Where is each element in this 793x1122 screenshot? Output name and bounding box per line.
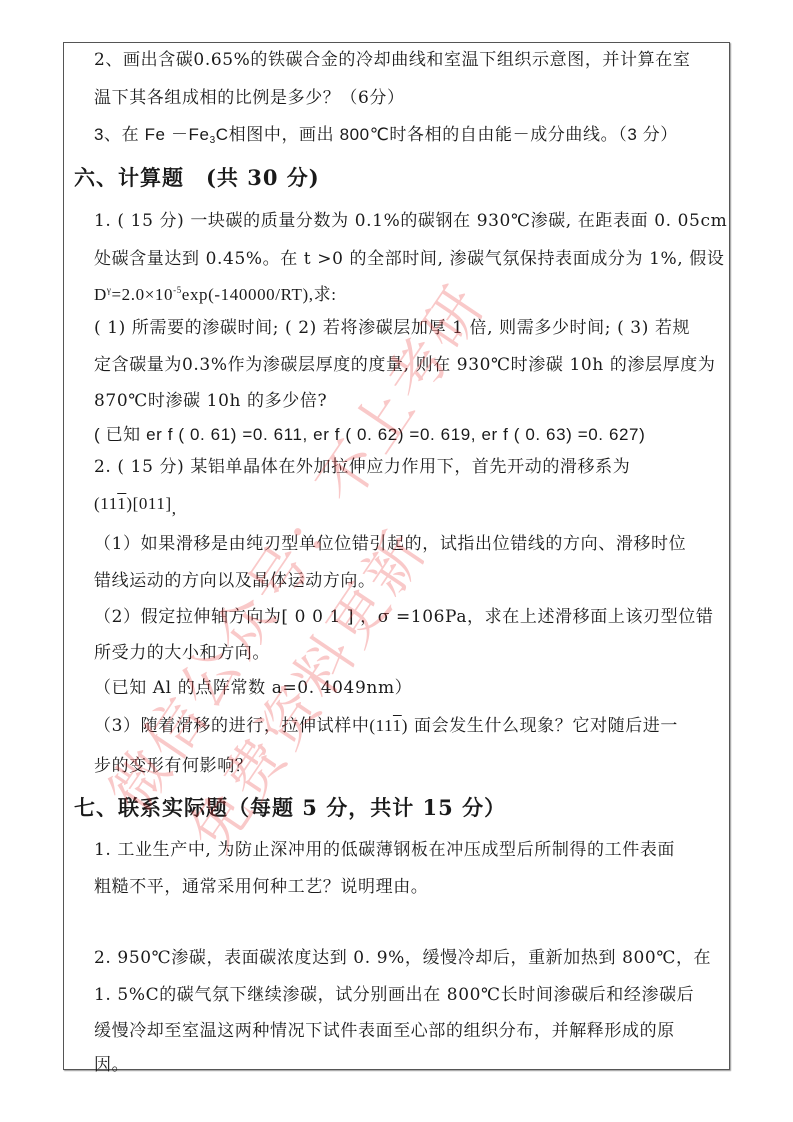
slip-plane-prefix: (11 [94,494,117,513]
s6-q2-slip-system: (111)[011], [94,493,177,515]
sub3-plane-bar: 1 [393,716,402,735]
s6-q2-given: （已知 Al 的点阵常数 a=0. 4049nm） [94,677,412,699]
diffusivity-coeff: =2.0×10 [111,285,173,304]
s6-q2-sub3-line2: 步的变形有何影响？ [94,755,252,777]
s6-q2-sub2-line2: 所受力的大小和方向。 [94,642,270,664]
s6-q1-line3: Dγ=2.0×10-5exp(-140000/RT),求: [94,284,337,306]
slip-comma: , [172,499,177,518]
s6-q1-line2: 处碳含量达到 0.45%。在 t >0 的全部时间, 渗碳气氛保持表面成分为 1… [94,248,725,270]
s7-q2-line4: 因。 [94,1054,129,1076]
s6-q1-line5: 定含碳量为0.3%作为渗碳层厚度的度量, 则在 930℃时渗碳 10h 的渗层厚… [94,354,715,376]
s6-q2-sub1-line1: （1）如果滑移是由纯刃型单位位错引起的，试指出位错线的方向、滑移时位 [94,533,686,555]
s5-q3: 3、在 Fe －Fe3C相图中，画出 800℃时各相的自由能－成分曲线。（3 分… [94,124,678,146]
diffusivity-exp: exp(-140000/RT),求: [182,285,337,304]
s6-q1-line6: 870℃时渗碳 10h 的多少倍? [94,390,327,412]
sub3-suffix: 面会发生什么现象？它对随后进一 [408,716,678,736]
s7-q2-line3: 缓慢冷却至室温这两种情况下试件表面至心部的组织分布，并解释形成的原 [94,1020,675,1042]
s7-q1-line1: 1. 工业生产中, 为防止深冲用的低碳薄钢板在冲压成型后所制得的工件表面 [94,839,675,861]
s6-q2-sub2-line1: （2）假定拉伸轴方向为[ 0 0 1 ] ，σ =106Pa，求在上述滑移面上该… [94,606,713,628]
section6-heading: 六、计算题 (共 30 分) [74,165,320,191]
s6-q2-line1: 2. ( 15 分) 某铝单晶体在外加拉伸应力作用下，首先开动的滑移系为 [94,456,630,478]
s5-q3-suffix: C相图中，画出 800℃时各相的自由能－成分曲线。（3 分） [216,125,678,144]
exponent-superscript: -5 [173,285,182,295]
slip-plane-bar: 1 [117,494,126,513]
exam-page-frame: 2、画出含碳0.65%的铁碳合金的冷却曲线和室温下组织示意图，并计算在室 温下其… [63,42,730,1070]
s7-q1-line2: 粗糙不平，通常采用何种工艺？说明理由。 [94,876,428,898]
s7-q2-line1: 2. 950℃渗碳，表面碳浓度达到 0. 9%，缓慢冷却后，重新加热到 800℃… [94,947,711,969]
diffusivity-symbol: D [94,285,107,304]
s6-q1-line4: ( 1) 所需要的渗碳时间; ( 2) 若将渗碳层加厚 1 倍, 则需多少时间;… [94,317,690,339]
s6-q1-line1: 1. ( 15 分) 一块碳的质量分数为 0.1%的碳钢在 930℃渗碳, 在距… [94,210,727,232]
s6-q2-sub1-line2: 错线运动的方向以及晶体运动方向。 [94,570,376,592]
s5-q3-prefix: 3、在 Fe －Fe [94,125,210,144]
s6-q2-sub3-line1: （3）随着滑移的进行，拉伸试样中(111) 面会发生什么现象？它对随后进一 [94,715,678,737]
s6-q1-line7: ( 已知 er f ( 0. 61) =0. 611, er f ( 0. 62… [94,424,645,446]
s5-q2-line2: 温下其各组成相的比例是多少？（6分） [94,87,405,109]
s7-q2-line2: 1. 5%C的碳气氛下继续渗碳，试分别画出在 800℃长时间渗碳后和经渗碳后 [94,984,694,1006]
s5-q2-line1: 2、画出含碳0.65%的铁碳合金的冷却曲线和室温下组织示意图，并计算在室 [94,49,690,71]
section7-heading: 七、联系实际题（每题 5 分，共计 15 分） [74,795,506,821]
sub3-plane-prefix: (11 [369,716,393,735]
sub3-prefix: （3）随着滑移的进行，拉伸试样中 [94,716,369,736]
slip-plane-suffix: )[011] [126,494,171,513]
